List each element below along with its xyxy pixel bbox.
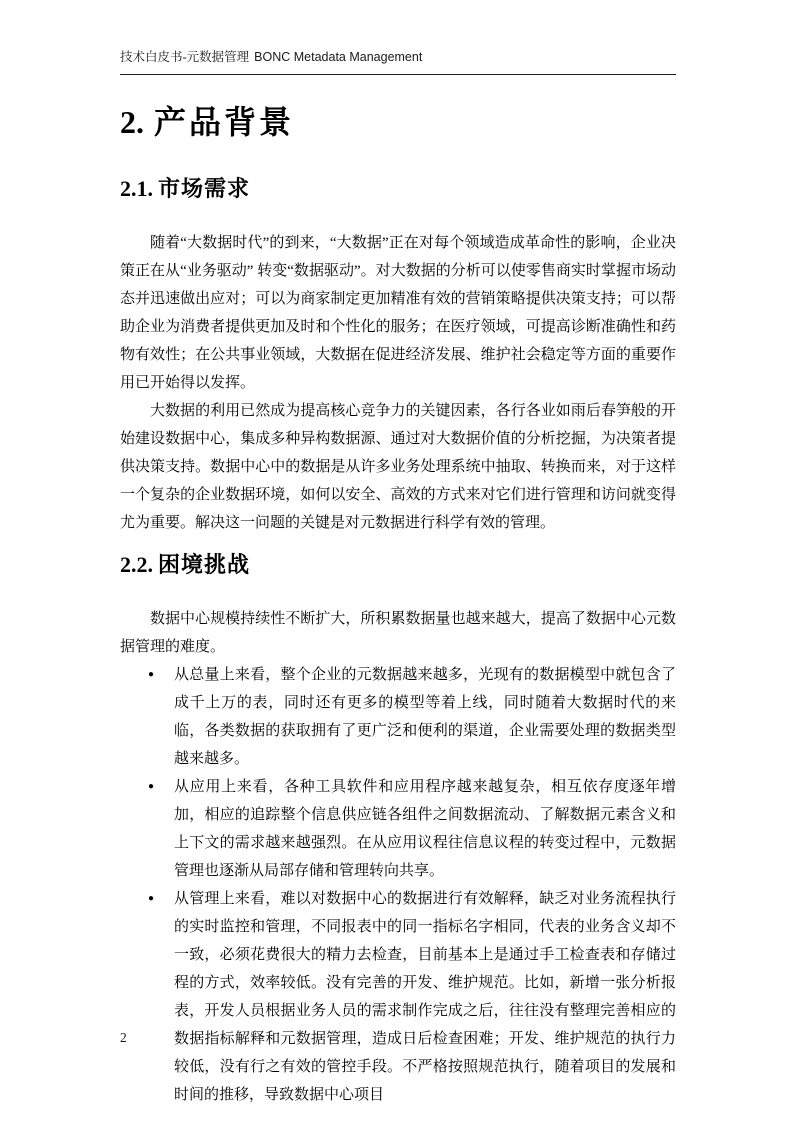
chapter-title: 2.产品背景 bbox=[120, 102, 676, 142]
paragraph: 大数据的利用已然成为提高核心竞争力的关键因素，各行各业如雨后春笋般的开始建设数据… bbox=[120, 397, 676, 537]
bullet-item-total-volume: ●从总量上来看，整个企业的元数据越来越多，光现有的数据模型中就包含了成千上万的表… bbox=[120, 661, 676, 773]
chapter-title-text: 产品背景 bbox=[154, 104, 294, 140]
header-title-en: BONC Metadata Management bbox=[254, 50, 422, 64]
bullet-icon: ● bbox=[148, 773, 154, 801]
bullet-list: ●从总量上来看，整个企业的元数据越来越多，光现有的数据模型中就包含了成千上万的表… bbox=[120, 661, 676, 1109]
document-page: 技术白皮书-元数据管理BONC Metadata Management 2.产品… bbox=[0, 0, 793, 1122]
section-heading-market-demand: 2.1.市场需求 bbox=[120, 174, 676, 204]
page-header: 技术白皮书-元数据管理BONC Metadata Management bbox=[120, 48, 676, 75]
bullet-item-application: ●从应用上来看，各种工具软件和应用程序越来越复杂，相互依存度逐年增加，相应的追踪… bbox=[120, 773, 676, 885]
bullet-text: 从总量上来看，整个企业的元数据越来越多，光现有的数据模型中就包含了成千上万的表，… bbox=[174, 667, 676, 767]
section-number: 2.1. bbox=[120, 176, 153, 201]
bullet-icon: ● bbox=[148, 661, 154, 689]
paragraph: 随着“大数据时代”的到来，“大数据”正在对每个领域造成革命性的影响，企业决策正在… bbox=[120, 229, 676, 397]
bullet-text: 从应用上来看，各种工具软件和应用程序越来越复杂，相互依存度逐年增加，相应的追踪整… bbox=[174, 779, 676, 879]
page-number: 2 bbox=[120, 1030, 127, 1046]
bullet-icon: ● bbox=[148, 885, 154, 913]
paragraph: 数据中心规模持续性不断扩大，所积累数据量也越来越大，提高了数据中心元数据管理的难… bbox=[120, 605, 676, 661]
section-title-text: 困境挑战 bbox=[158, 552, 250, 577]
bullet-item-management: ●从管理上来看，难以对数据中心的数据进行有效解释，缺乏对业务流程执行的实时监控和… bbox=[120, 885, 676, 1109]
section-heading-challenges: 2.2.困境挑战 bbox=[120, 550, 676, 580]
section-number: 2.2. bbox=[120, 552, 153, 577]
section-title-text: 市场需求 bbox=[158, 176, 250, 201]
chapter-number: 2. bbox=[120, 104, 144, 140]
bullet-text: 从管理上来看，难以对数据中心的数据进行有效解释，缺乏对业务流程执行的实时监控和管… bbox=[174, 891, 676, 1103]
header-title-zh: 技术白皮书-元数据管理 bbox=[120, 50, 249, 64]
